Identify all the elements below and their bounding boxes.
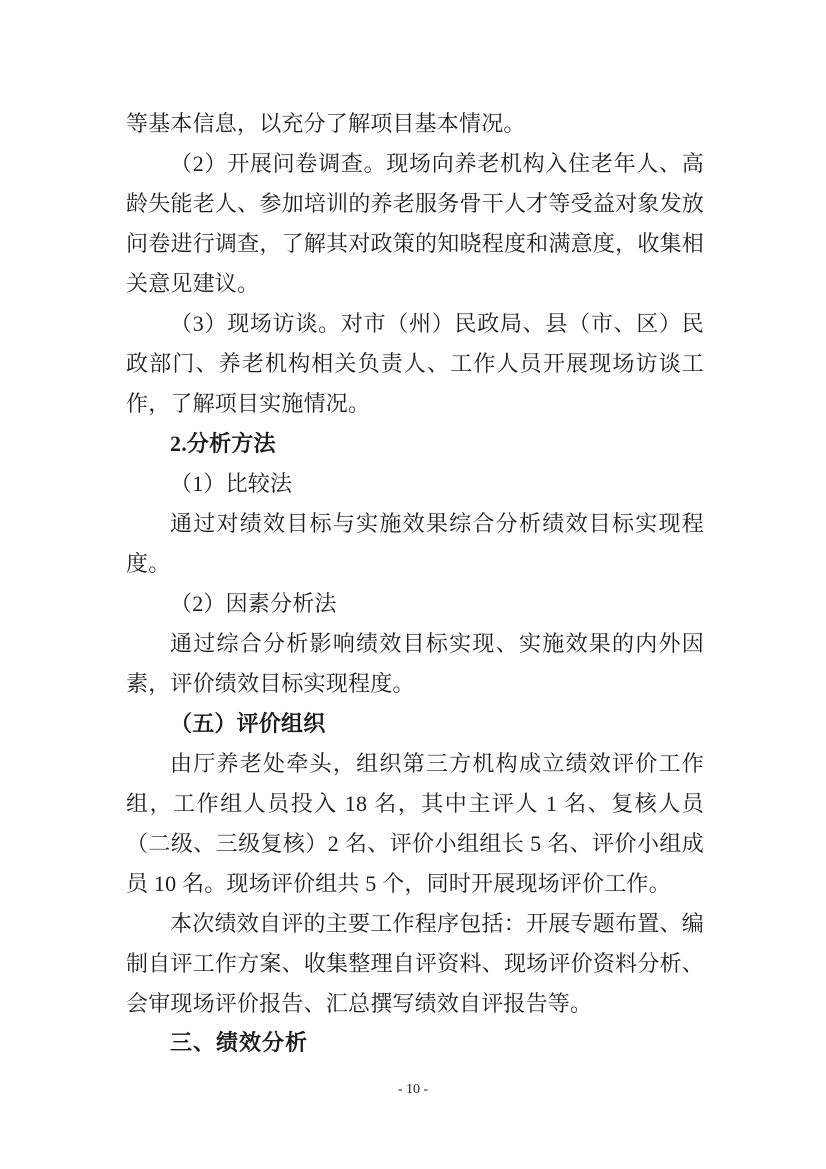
page-number: - 10 - [0, 1081, 826, 1099]
document-page: 等基本信息，以充分了解项目基本情况。 （2）开展问卷调查。现场向养老机构入住老年… [0, 0, 826, 1169]
paragraph-evaluation-team: 由厅养老处牵头，组织第三方机构成立绩效评价工作组，工作组人员投入 18 名，其中… [126, 744, 704, 904]
paragraph-self-evaluation-procedure: 本次绩效自评的主要工作程序包括：开展专题布置、编制自评工作方案、收集整理自评资料… [126, 904, 704, 1024]
paragraph-comparison-method-desc: 通过对绩效目标与实施效果综合分析绩效目标实现程度。 [126, 504, 704, 584]
paragraph-field-interview: （3）现场访谈。对市（州）民政局、县（市、区）民政部门、养老机构相关负责人、工作… [126, 304, 704, 424]
paragraph-comparison-method-label: （1）比较法 [126, 464, 704, 504]
paragraph-questionnaire-survey: （2）开展问卷调查。现场向养老机构入住老年人、高龄失能老人、参加培训的养老服务骨… [126, 144, 704, 304]
heading-analysis-method: 2.分析方法 [126, 424, 704, 464]
document-body: 等基本信息，以充分了解项目基本情况。 （2）开展问卷调查。现场向养老机构入住老年… [126, 104, 704, 1064]
heading-performance-analysis: 三、绩效分析 [126, 1024, 704, 1064]
paragraph-factor-analysis-label: （2）因素分析法 [126, 584, 704, 624]
paragraph-continuation: 等基本信息，以充分了解项目基本情况。 [126, 104, 704, 144]
paragraph-factor-analysis-desc: 通过综合分析影响绩效目标实现、实施效果的内外因素，评价绩效目标实现程度。 [126, 624, 704, 704]
heading-evaluation-organization: （五）评价组织 [126, 704, 704, 744]
